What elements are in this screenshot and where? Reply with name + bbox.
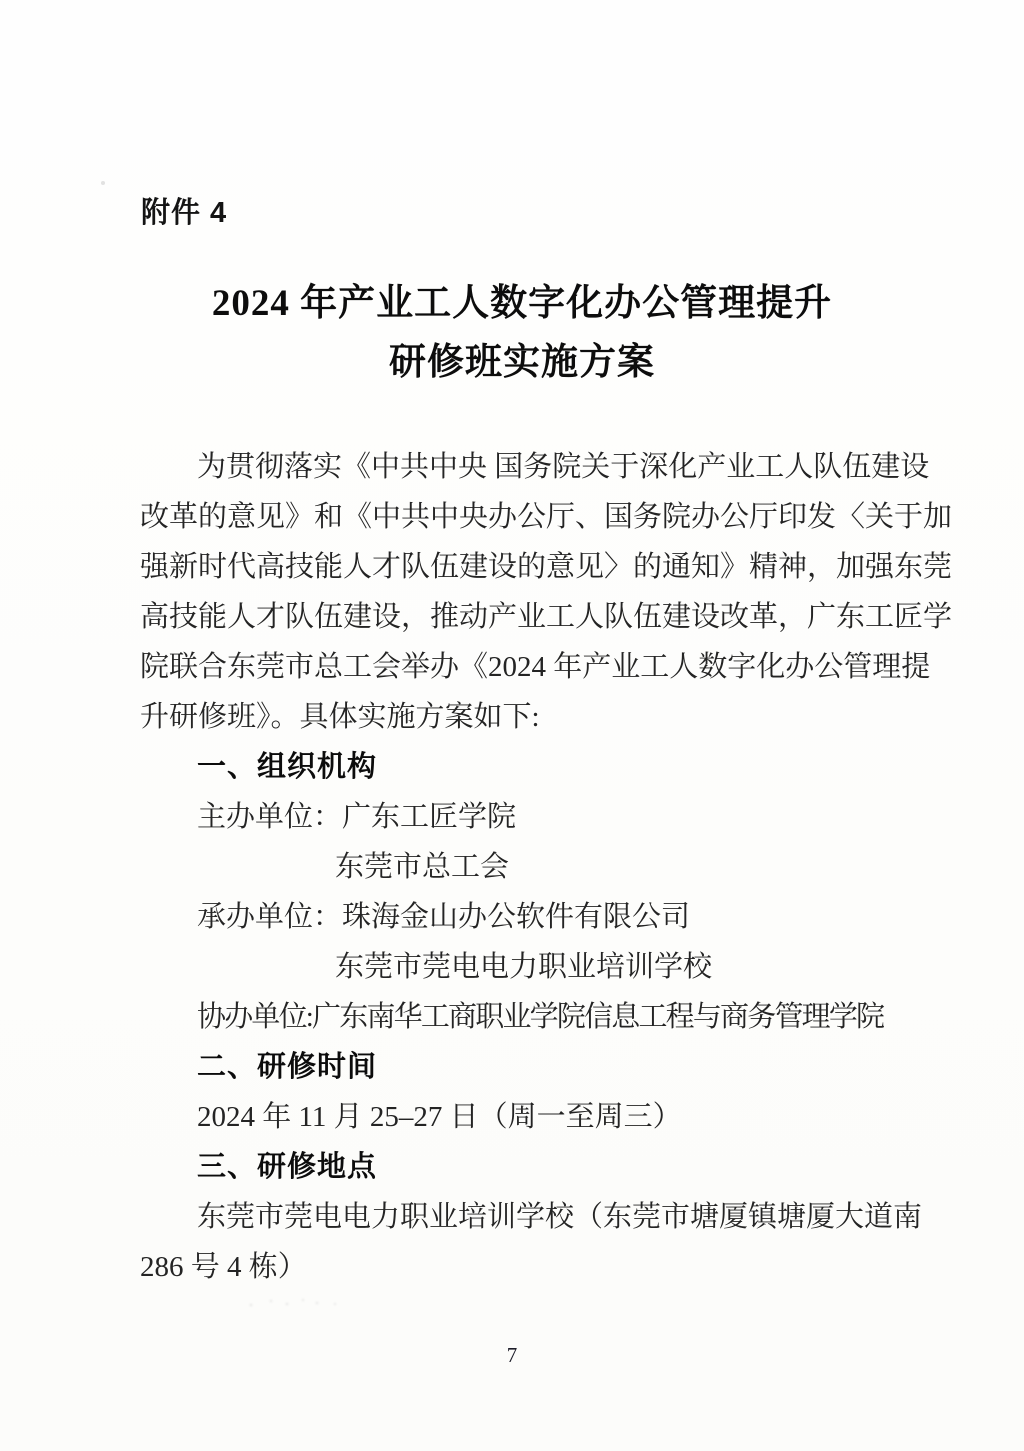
document-title-line-1: 2024 年产业工人数字化办公管理提升 <box>212 283 832 324</box>
section-heading-time: 二、研修时间 <box>140 1042 940 1092</box>
scan-artifact-speck <box>101 181 105 185</box>
body-line: 高技能人才队伍建设，推动产业工人队伍建设改革，广东工匠学 <box>140 592 940 642</box>
body-line-co-organizer-unit: 协办单位:广东南华工商职业学院信息工程与商务管理学院 <box>140 992 940 1042</box>
body-line-training-location-2: 286 号 4 栋） <box>140 1242 940 1292</box>
scan-artifact-smudge <box>243 1297 343 1308</box>
document-body: 为贯彻落实《中共中央 国务院关于深化产业工人队伍建设 改革的意见》和《中共中央办… <box>140 442 940 1292</box>
body-line-organizer-unit-2: 东莞市莞电电力职业培训学校 <box>140 942 940 992</box>
body-line: 升研修班》。具体实施方案如下: <box>140 692 940 742</box>
body-line-training-time: 2024 年 11 月 25–27 日（周一至周三） <box>140 1092 940 1142</box>
body-line-organizer-unit: 承办单位：珠海金山办公软件有限公司 <box>140 892 940 942</box>
body-line: 院联合东莞市总工会举办《2024 年产业工人数字化办公管理提 <box>140 642 940 692</box>
body-line-training-location: 东莞市莞电电力职业培训学校（东莞市塘厦镇塘厦大道南 <box>140 1192 940 1242</box>
section-heading-organization: 一、组织机构 <box>140 742 940 792</box>
section-heading-location: 三、研修地点 <box>140 1142 940 1192</box>
body-line-host-unit-2: 东莞市总工会 <box>140 842 940 892</box>
document-title: 2024 年产业工人数字化办公管理提升 研修班实施方案 <box>20 274 1024 392</box>
body-line: 改革的意见》和《中共中央办公厅、国务院办公厅印发〈关于加 <box>140 492 940 542</box>
document-title-line-2: 研修班实施方案 <box>389 342 655 383</box>
attachment-label: 附件 4 <box>141 190 227 231</box>
body-line: 强新时代高技能人才队伍建设的意见〉的通知》精神，加强东莞 <box>140 542 940 592</box>
document-page: 附件 4 2024 年产业工人数字化办公管理提升 研修班实施方案 为贯彻落实《中… <box>0 0 1024 1451</box>
body-line: 为贯彻落实《中共中央 国务院关于深化产业工人队伍建设 <box>140 442 940 492</box>
body-line-host-unit: 主办单位：广东工匠学院 <box>140 792 940 842</box>
page-number: 7 <box>0 1343 1024 1368</box>
